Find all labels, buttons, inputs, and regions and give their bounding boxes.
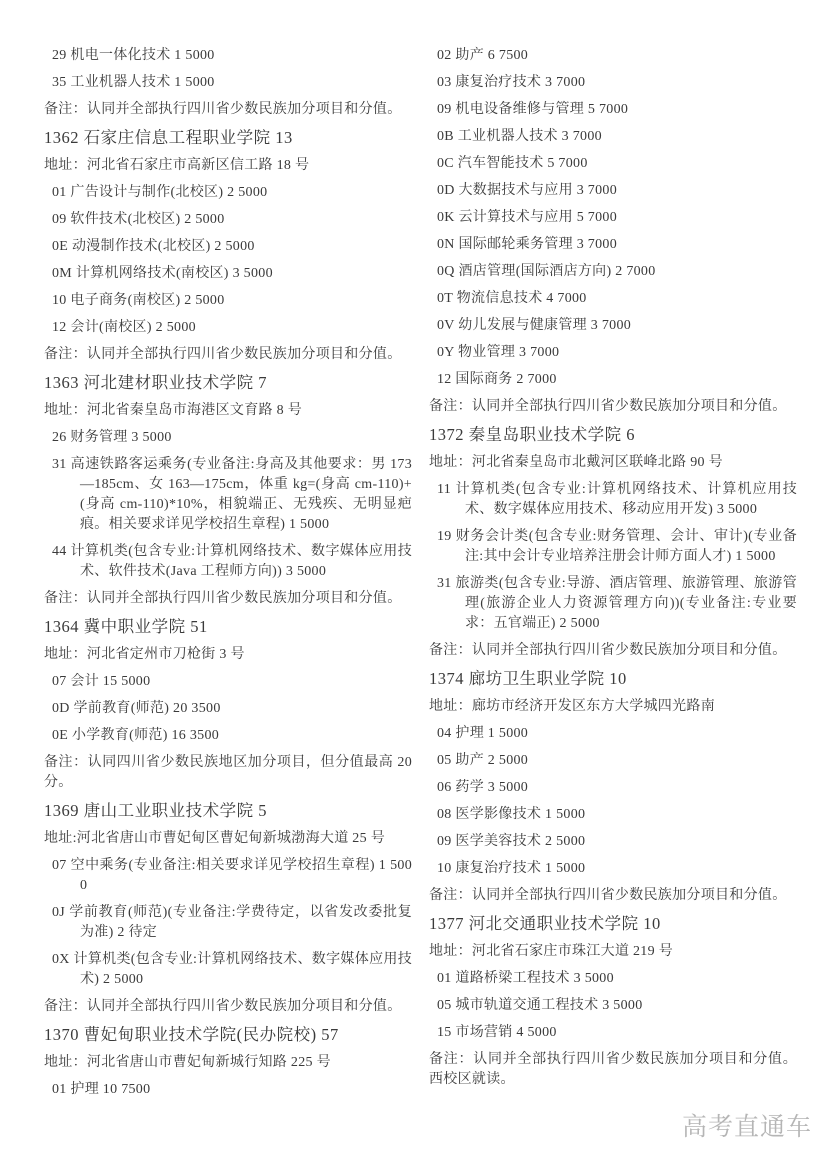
major-line: 12 会计(南校区) 2 5000: [52, 318, 412, 338]
school-header: 1363 河北建材职业技术学院 7: [44, 372, 412, 394]
major-line: 0E 小学教育(师范) 16 3500: [52, 726, 412, 746]
major-line: 09 医学美容技术 2 5000: [437, 832, 797, 852]
major-line: 15 市场营销 4 5000: [437, 1023, 797, 1043]
major-line: 0K 云计算技术与应用 5 7000: [437, 208, 797, 228]
major-line: 0E 动漫制作技术(北校区) 2 5000: [52, 237, 412, 257]
note-line: 备注：认同并全部执行四川省少数民族加分项目和分值。: [44, 589, 412, 609]
right-column: 02 助产 6 750003 康复治疗技术 3 700009 机电设备维修与管理…: [429, 46, 797, 1107]
major-line: 0M 计算机网络技术(南校区) 3 5000: [52, 264, 412, 284]
address-line: 地址：河北省秦皇岛市北戴河区联峰北路 90 号: [429, 453, 797, 473]
watermark: 高考直通车: [682, 1107, 812, 1143]
note-line: 备注：认同四川省少数民族地区加分项目，但分值最高 20 分。: [44, 753, 412, 793]
major-line: 0B 工业机器人技术 3 7000: [437, 127, 797, 147]
school-header: 1377 河北交通职业技术学院 10: [429, 913, 797, 935]
admissions-directory-page: 29 机电一体化技术 1 500035 工业机器人技术 1 5000备注：认同并…: [0, 0, 827, 1169]
major-line: 0C 汽车智能技术 5 7000: [437, 154, 797, 174]
major-line: 01 护理 10 7500: [52, 1080, 412, 1100]
left-column: 29 机电一体化技术 1 500035 工业机器人技术 1 5000备注：认同并…: [44, 46, 412, 1107]
note-line: 备注：认同并全部执行四川省少数民族加分项目和分值。: [429, 641, 797, 661]
major-line: 35 工业机器人技术 1 5000: [52, 73, 412, 93]
major-line: 10 电子商务(南校区) 2 5000: [52, 291, 412, 311]
major-line: 31 旅游类(包含专业:导游、酒店管理、旅游管理、旅游管理(旅游企业人力资源管理…: [437, 574, 797, 634]
major-line: 0T 物流信息技术 4 7000: [437, 289, 797, 309]
school-header: 1370 曹妃甸职业技术学院(民办院校) 57: [44, 1024, 412, 1046]
major-line: 31 高速铁路客运乘务(专业备注:身高及其他要求：男 173—185cm、女 1…: [52, 455, 412, 535]
major-line: 04 护理 1 5000: [437, 724, 797, 744]
school-header: 1369 唐山工业职业技术学院 5: [44, 800, 412, 822]
major-line: 26 财务管理 3 5000: [52, 428, 412, 448]
major-line: 05 助产 2 5000: [437, 751, 797, 771]
address-line: 地址:河北省唐山市曹妃甸区曹妃甸新城渤海大道 25 号: [44, 829, 412, 849]
note-line: 备注：认同并全部执行四川省少数民族加分项目和分值。: [429, 397, 797, 417]
address-line: 地址：河北省唐山市曹妃甸新城行知路 225 号: [44, 1053, 412, 1073]
address-line: 地址：河北省石家庄市珠江大道 219 号: [429, 942, 797, 962]
major-line: 0J 学前教育(师范)(专业备注:学费待定，以省发改委批复为准) 2 待定: [52, 903, 412, 943]
major-line: 08 医学影像技术 1 5000: [437, 805, 797, 825]
school-header: 1364 冀中职业学院 51: [44, 616, 412, 638]
major-line: 09 软件技术(北校区) 2 5000: [52, 210, 412, 230]
major-line: 07 会计 15 5000: [52, 672, 412, 692]
note-line: 备注：认同并全部执行四川省少数民族加分项目和分值。: [44, 345, 412, 365]
major-line: 0Q 酒店管理(国际酒店方向) 2 7000: [437, 262, 797, 282]
address-line: 地址：河北省石家庄市高新区信工路 18 号: [44, 156, 412, 176]
major-line: 0V 幼儿发展与健康管理 3 7000: [437, 316, 797, 336]
major-line: 12 国际商务 2 7000: [437, 370, 797, 390]
major-line: 10 康复治疗技术 1 5000: [437, 859, 797, 879]
major-line: 11 计算机类(包含专业:计算机网络技术、计算机应用技术、数字媒体应用技术、移动…: [437, 480, 797, 520]
major-line: 01 道路桥梁工程技术 3 5000: [437, 969, 797, 989]
major-line: 03 康复治疗技术 3 7000: [437, 73, 797, 93]
two-column-layout: 29 机电一体化技术 1 500035 工业机器人技术 1 5000备注：认同并…: [0, 0, 827, 1107]
major-line: 0Y 物业管理 3 7000: [437, 343, 797, 363]
major-line: 02 助产 6 7500: [437, 46, 797, 66]
address-line: 地址：河北省秦皇岛市海港区文育路 8 号: [44, 401, 412, 421]
school-header: 1372 秦皇岛职业技术学院 6: [429, 424, 797, 446]
major-line: 0D 大数据技术与应用 3 7000: [437, 181, 797, 201]
major-line: 01 广告设计与制作(北校区) 2 5000: [52, 183, 412, 203]
address-line: 地址：廊坊市经济开发区东方大学城四光路南: [429, 697, 797, 717]
major-line: 44 计算机类(包含专业:计算机网络技术、数字媒体应用技术、软件技术(Java …: [52, 542, 412, 582]
major-line: 19 财务会计类(包含专业:财务管理、会计、审计)(专业备注:其中会计专业培养注…: [437, 527, 797, 567]
note-line: 备注：认同并全部执行四川省少数民族加分项目和分值。: [44, 997, 412, 1017]
address-line: 地址：河北省定州市刀枪街 3 号: [44, 645, 412, 665]
major-line: 0D 学前教育(师范) 20 3500: [52, 699, 412, 719]
note-line: 备注：认同并全部执行四川省少数民族加分项目和分值。: [429, 886, 797, 906]
major-line: 07 空中乘务(专业备注:相关要求详见学校招生章程) 1 5000: [52, 856, 412, 896]
school-header: 1374 廊坊卫生职业学院 10: [429, 668, 797, 690]
major-line: 09 机电设备维修与管理 5 7000: [437, 100, 797, 120]
major-line: 0X 计算机类(包含专业:计算机网络技术、数字媒体应用技术) 2 5000: [52, 950, 412, 990]
major-line: 06 药学 3 5000: [437, 778, 797, 798]
major-line: 05 城市轨道交通工程技术 3 5000: [437, 996, 797, 1016]
note-line: 备注：认同并全部执行四川省少数民族加分项目和分值。西校区就读。: [429, 1050, 797, 1090]
major-line: 29 机电一体化技术 1 5000: [52, 46, 412, 66]
note-line: 备注：认同并全部执行四川省少数民族加分项目和分值。: [44, 100, 412, 120]
school-header: 1362 石家庄信息工程职业学院 13: [44, 127, 412, 149]
major-line: 0N 国际邮轮乘务管理 3 7000: [437, 235, 797, 255]
